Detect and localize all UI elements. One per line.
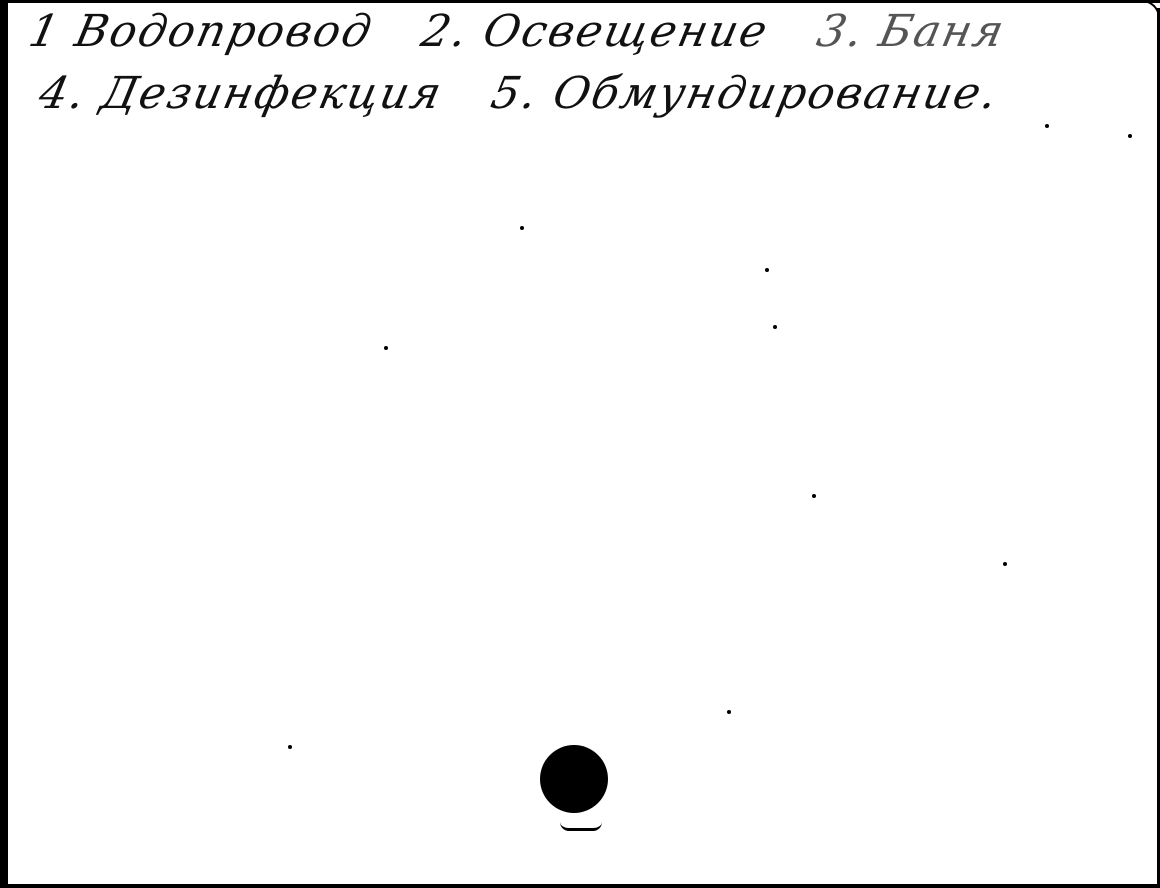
punch-hole-shadow (560, 822, 602, 831)
punch-hole (540, 745, 608, 813)
item-text: Обмундирование. (549, 68, 1004, 119)
item-5: 5. Обмундирование. (487, 68, 1004, 119)
item-number: 5. (487, 68, 544, 119)
speck (812, 494, 816, 498)
speck (520, 226, 524, 230)
item-text: Водопровод (71, 6, 378, 57)
item-number: 2. (417, 6, 474, 57)
speck (1128, 134, 1132, 138)
speck (1003, 562, 1007, 566)
card-edge-top (0, 0, 1160, 3)
speck (765, 268, 769, 272)
card-corner (1118, 0, 1160, 22)
item-4: 4. Дезинфекция (35, 68, 448, 119)
item-3: 3. Баня (813, 6, 1011, 57)
scanned-card: 1 Водопровод 2. Освещение 3. Баня 4. Дез… (0, 0, 1160, 888)
item-text: Освещение (479, 6, 774, 57)
item-number: 1 (25, 6, 66, 57)
card-edge-bottom (0, 884, 1160, 888)
item-text: Дезинфекция (97, 68, 448, 119)
speck (727, 710, 731, 714)
item-1: 1 Водопровод (25, 6, 378, 57)
item-number: 4. (35, 68, 92, 119)
speck (384, 346, 388, 350)
card-edge-left (0, 0, 8, 888)
speck (1045, 124, 1049, 128)
speck (773, 325, 777, 329)
handwritten-line-2: 4. Дезинфекция 5. Обмундирование. (35, 68, 1038, 119)
handwritten-line-1: 1 Водопровод 2. Освещение 3. Баня (25, 6, 1044, 57)
item-number: 3. (813, 6, 870, 57)
item-2: 2. Освещение (417, 6, 774, 57)
item-text: Баня (875, 6, 1011, 57)
speck (288, 745, 292, 749)
